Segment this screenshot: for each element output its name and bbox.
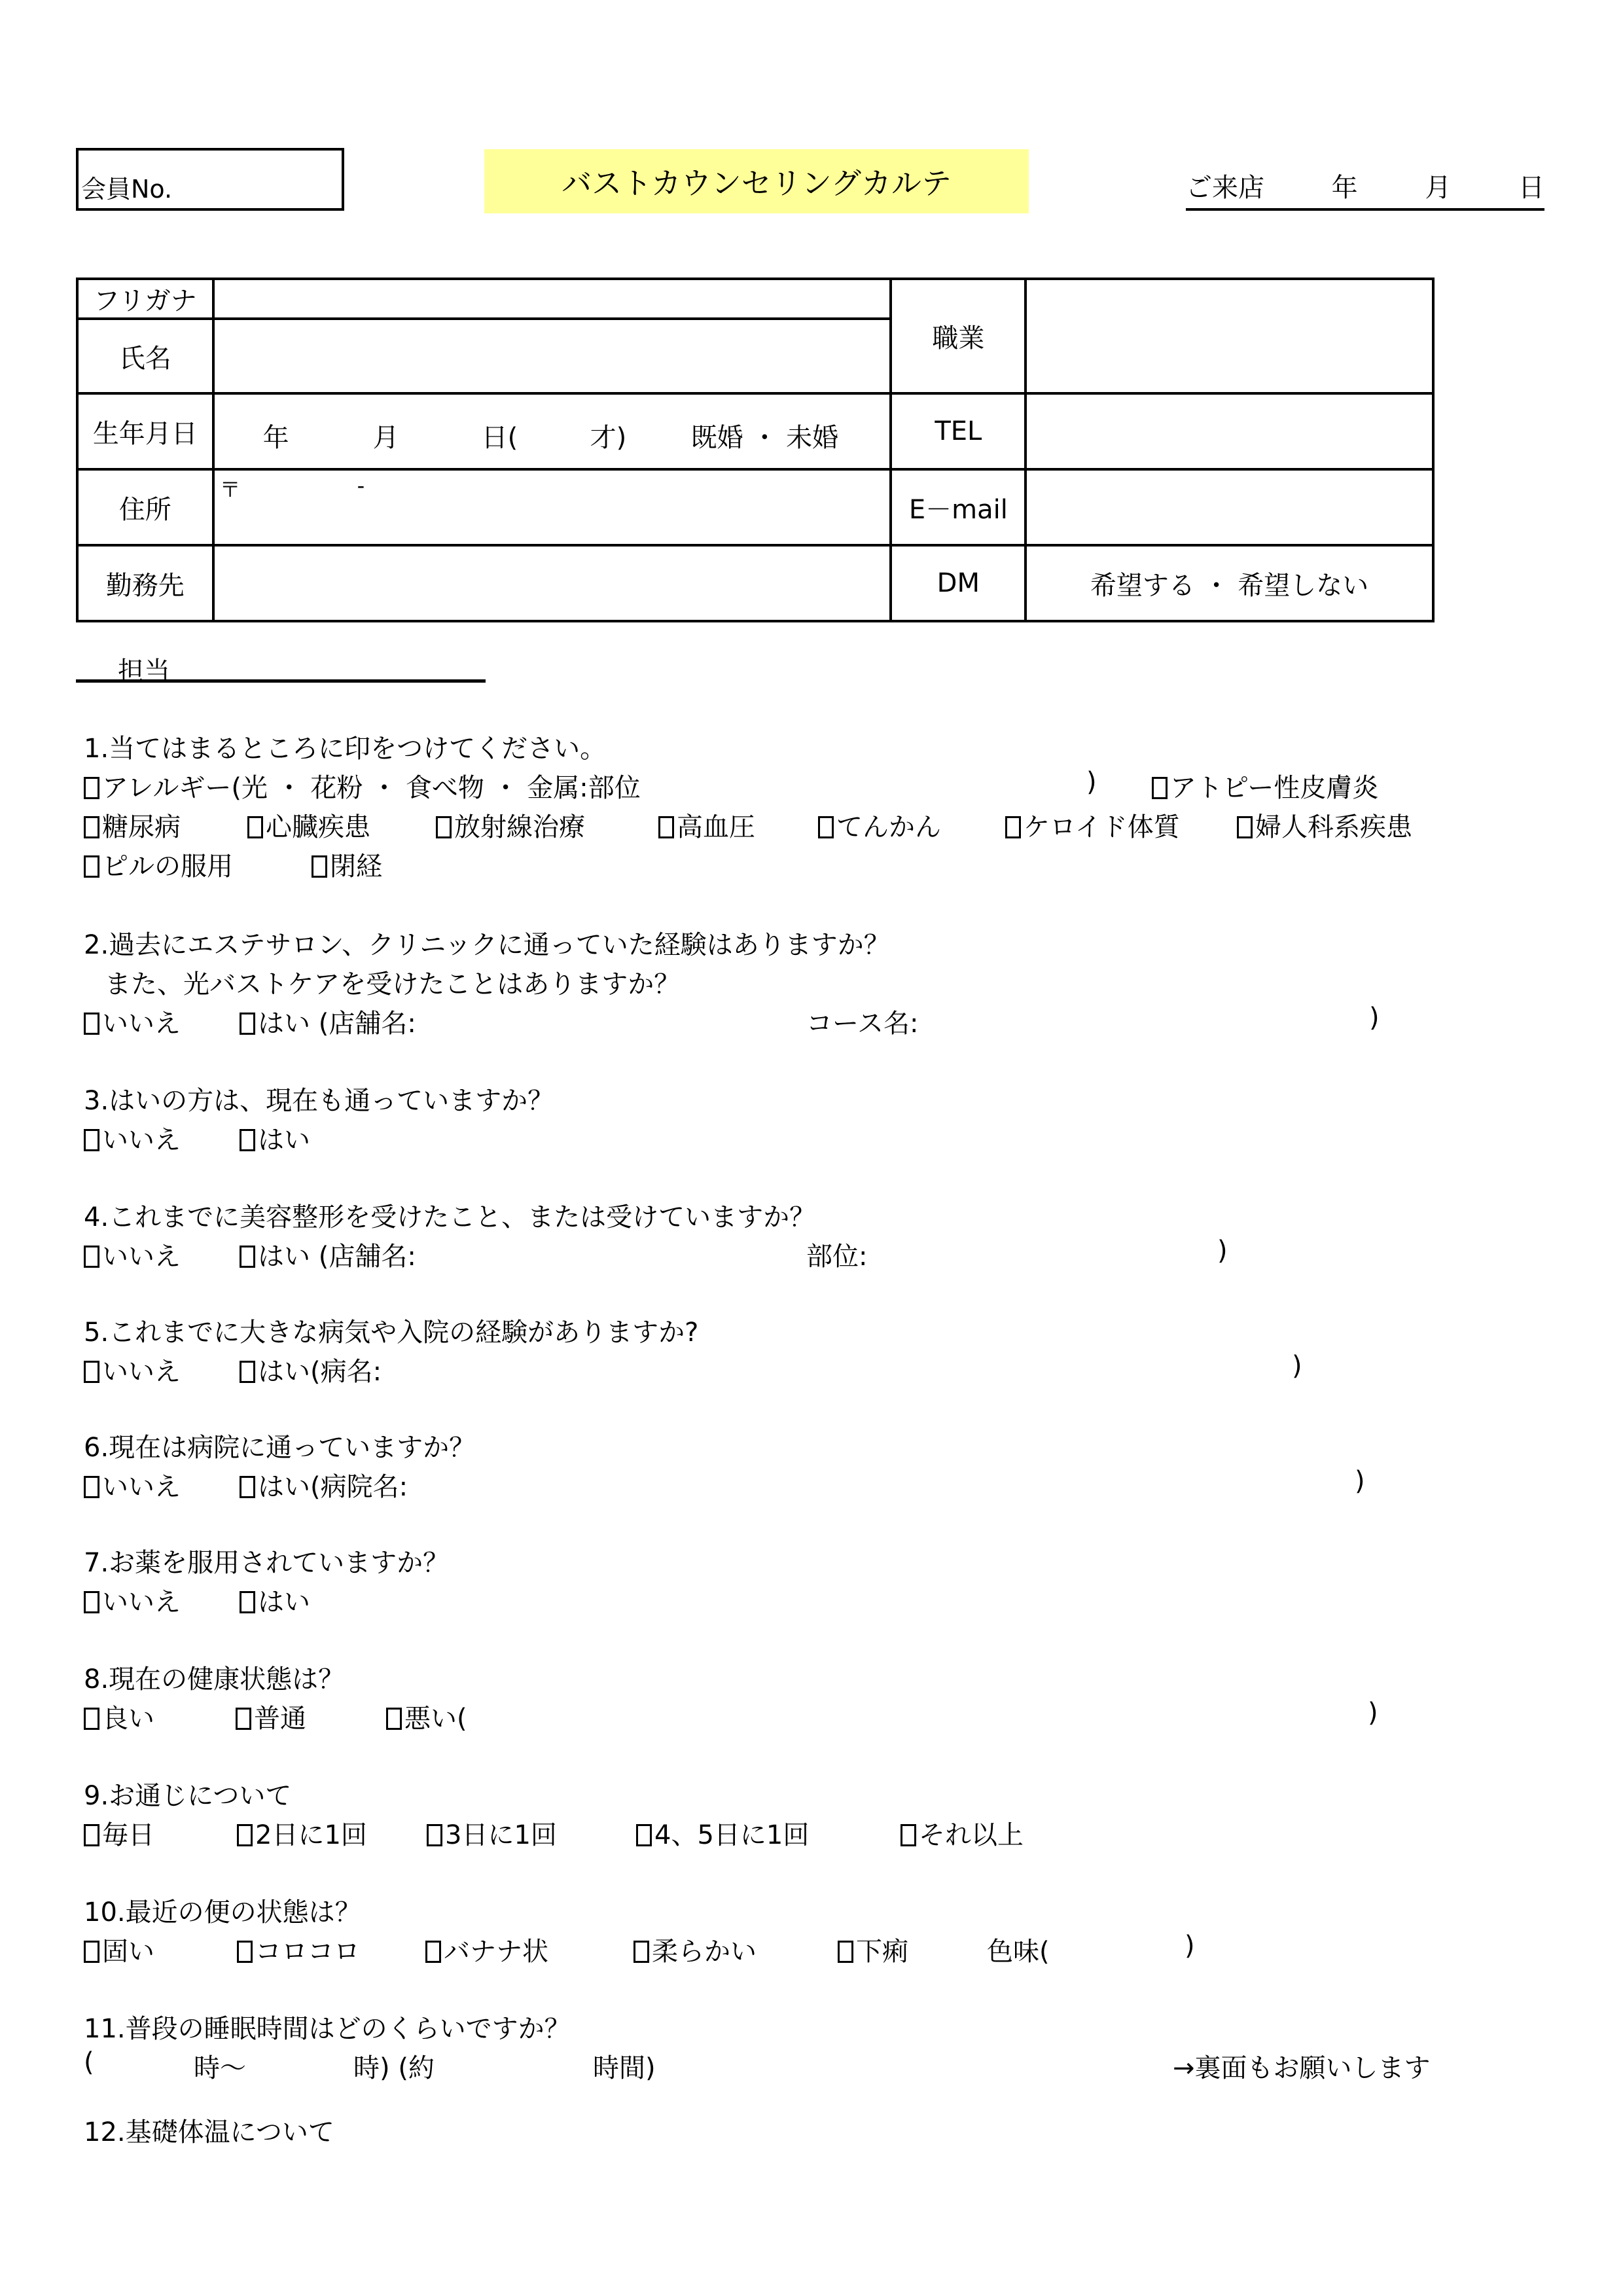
form-title-text: バストカウンセリングカルテ: [562, 160, 952, 203]
question-10-option[interactable]: 柔らかい: [633, 1931, 757, 1968]
question-1-option[interactable]: アトピー性皮膚炎: [1152, 767, 1378, 804]
option-label: 普通: [254, 1704, 306, 1734]
question-11-text: →裏面もお願いします: [1173, 2047, 1431, 2085]
checkbox-icon[interactable]: [1005, 816, 1021, 838]
question-1-option[interactable]: ケロイド体質: [1005, 806, 1180, 844]
question-7-option[interactable]: はい: [240, 1581, 310, 1619]
question-1-option[interactable]: 放射線治療: [436, 806, 585, 844]
question-11-text: 時～: [194, 2047, 246, 2085]
question-6-title: 6.現在は病院に通っていますか？: [84, 1427, 475, 1464]
question-10-option[interactable]: 下痢: [838, 1931, 908, 1968]
checkbox-icon[interactable]: [84, 1941, 99, 1963]
question-1-text: ): [1086, 767, 1097, 797]
question-11-title: 11.普段の睡眠時間はどのくらいですか？: [84, 2008, 571, 2045]
option-label: はい: [258, 1125, 310, 1155]
checkbox-icon[interactable]: [425, 1941, 441, 1963]
address-field[interactable]: 〒 -: [213, 469, 891, 545]
option-label: いいえ: [102, 1587, 181, 1617]
option-label: 柔らかい: [652, 1937, 757, 1967]
question-9-option[interactable]: それ以上: [901, 1814, 1024, 1852]
furigana-field[interactable]: [213, 279, 891, 319]
checkbox-icon[interactable]: [658, 816, 674, 838]
question-8-option[interactable]: 悪い(: [386, 1698, 467, 1735]
checkbox-icon[interactable]: [84, 1246, 99, 1268]
occupation-field[interactable]: [1026, 279, 1433, 393]
staff-field[interactable]: 担当: [76, 652, 486, 683]
checkbox-icon[interactable]: [84, 1824, 99, 1846]
checkbox-icon[interactable]: [240, 1013, 255, 1035]
option-label: ): [1185, 1931, 1195, 1961]
option-label: 閉経: [330, 852, 382, 882]
birthdate-field[interactable]: 年 月 日( 才) 既婚 ・ 未婚: [213, 393, 891, 469]
checkbox-icon[interactable]: [84, 777, 99, 799]
checkbox-icon[interactable]: [427, 1824, 442, 1846]
postal-mark: 〒: [220, 473, 241, 503]
checkbox-icon[interactable]: [240, 1246, 255, 1268]
option-label: アレルギー(光 ・ 花粉 ・ 食べ物 ・ 金属:部位: [102, 773, 641, 803]
option-label: はい(病院名:: [258, 1472, 408, 1502]
question-3-option[interactable]: いいえ: [84, 1119, 181, 1157]
checkbox-icon[interactable]: [386, 1708, 402, 1730]
question-3-option[interactable]: はい: [240, 1119, 310, 1157]
checkbox-icon[interactable]: [633, 1941, 649, 1963]
checkbox-icon[interactable]: [1152, 777, 1168, 799]
question-4-option[interactable]: はい (店舗名:: [240, 1236, 416, 1273]
question-4-option[interactable]: いいえ: [84, 1236, 181, 1273]
checkbox-icon[interactable]: [240, 1361, 255, 1383]
question-10-text: ): [1185, 1931, 1195, 1961]
question-11-text: 時間): [593, 2047, 656, 2085]
question-1-option[interactable]: 婦人科系疾患: [1237, 806, 1412, 844]
birth-month-label: 月: [373, 417, 399, 454]
visit-label: ご来店: [1186, 167, 1264, 204]
checkbox-icon[interactable]: [84, 816, 99, 838]
staff-label: 担当: [118, 651, 170, 688]
option-label: 毎日: [102, 1820, 154, 1850]
checkbox-icon[interactable]: [84, 855, 99, 878]
postal-dash: -: [357, 473, 365, 498]
question-2-text: ): [1369, 1003, 1380, 1033]
option-label: 心臓疾患: [266, 812, 370, 842]
option-label: ): [1368, 1698, 1378, 1728]
question-2-subtitle: また、光バストケアを受けたことはありますか？: [105, 963, 680, 1001]
checkbox-icon[interactable]: [818, 816, 834, 838]
option-label: →裏面もお願いします: [1173, 2053, 1431, 2083]
option-label: はい(病名:: [258, 1357, 382, 1387]
option-label: 高血圧: [677, 812, 755, 842]
option-label: ): [1217, 1236, 1228, 1266]
question-11-text: 時) (約: [353, 2047, 435, 2085]
option-label: 部位:: [806, 1242, 867, 1272]
question-1-option[interactable]: アレルギー(光 ・ 花粉 ・ 食べ物 ・ 金属:部位: [84, 767, 641, 804]
option-label: アトピー性皮膚炎: [1170, 773, 1378, 803]
checkbox-icon[interactable]: [84, 1591, 99, 1613]
question-10-option[interactable]: 固い: [84, 1931, 154, 1968]
checkbox-icon[interactable]: [84, 1129, 99, 1151]
checkbox-icon[interactable]: [84, 1708, 99, 1730]
marital-status-options[interactable]: 既婚 ・ 未婚: [691, 417, 838, 454]
question-9-option[interactable]: 4、5日に1回: [636, 1814, 809, 1852]
option-label: ): [1292, 1351, 1302, 1381]
name-field[interactable]: [213, 319, 891, 393]
option-label: 放射線治療: [454, 812, 585, 842]
option-label: 4、5日に1回: [654, 1820, 809, 1850]
checkbox-icon[interactable]: [1237, 816, 1253, 838]
option-label: ): [1369, 1003, 1380, 1033]
tel-field[interactable]: [1026, 393, 1433, 469]
checkbox-icon[interactable]: [237, 1824, 253, 1846]
question-5-title: 5.これまでに大きな病気や入院の経験がありますか?: [84, 1312, 698, 1349]
question-9-option[interactable]: 3日に1回: [427, 1814, 557, 1852]
option-label: いいえ: [102, 1242, 181, 1272]
option-label: ピルの服用: [102, 852, 233, 882]
dm-label: DM: [891, 545, 1026, 621]
checkbox-icon[interactable]: [312, 855, 327, 878]
dm-options[interactable]: 希望する ・ 希望しない: [1026, 545, 1433, 621]
question-5-text: ): [1292, 1351, 1302, 1381]
question-6-text: ): [1355, 1466, 1365, 1496]
question-2-title: 2.過去にエステサロン、クリニックに通っていた経験はありますか？: [84, 924, 890, 961]
question-3-title: 3.はいの方は、現在も通っていますか？: [84, 1080, 554, 1117]
question-11-text: (: [84, 2047, 94, 2077]
question-1-option[interactable]: 糖尿病: [84, 806, 181, 844]
checkbox-icon[interactable]: [240, 1476, 255, 1498]
furigana-label: フリガナ: [77, 279, 213, 319]
question-12-title: 12.基礎体温について: [84, 2111, 334, 2149]
option-label: いいえ: [102, 1472, 181, 1502]
form-title: バストカウンセリングカルテ: [484, 149, 1029, 213]
birth-day-label: 日(: [482, 417, 518, 454]
question-8-option[interactable]: 良い: [84, 1698, 154, 1735]
checkbox-icon[interactable]: [236, 1708, 251, 1730]
option-label: はい (店舗名:: [258, 1242, 416, 1272]
option-label: いいえ: [102, 1125, 181, 1155]
question-7-option[interactable]: いいえ: [84, 1581, 181, 1619]
question-1-title: 1.当てはまるところに印をつけてください。: [84, 728, 606, 765]
checkbox-icon[interactable]: [84, 1013, 99, 1035]
question-10-text: 色味(: [987, 1931, 1050, 1968]
option-label: バナナ状: [444, 1937, 548, 1967]
option-label: いいえ: [102, 1357, 181, 1387]
question-8-title: 8.現在の健康状態は？: [84, 1659, 344, 1696]
question-6-option[interactable]: いいえ: [84, 1466, 181, 1503]
question-9-title: 9.お通じについて: [84, 1775, 291, 1812]
checkbox-icon[interactable]: [84, 1361, 99, 1383]
question-1-option[interactable]: 高血圧: [658, 806, 755, 844]
age-label: 才): [590, 417, 627, 454]
question-2-text: コース名:: [806, 1003, 918, 1040]
option-label: ): [1086, 767, 1097, 797]
checkbox-icon[interactable]: [237, 1941, 253, 1963]
option-label: 良い: [102, 1704, 154, 1734]
tel-label: TEL: [891, 393, 1026, 469]
option-label: はい: [258, 1587, 310, 1617]
address-label: 住所: [77, 469, 213, 545]
question-9-option[interactable]: 2日に1回: [237, 1814, 367, 1852]
workplace-label: 勤務先: [77, 545, 213, 621]
question-1-option[interactable]: 心臓疾患: [247, 806, 370, 844]
question-10-option[interactable]: コロコロ: [237, 1931, 360, 1968]
email-field[interactable]: [1026, 469, 1433, 545]
option-label: はい (店舗名:: [258, 1009, 416, 1039]
occupation-label: 職業: [891, 279, 1026, 393]
checkbox-icon[interactable]: [84, 1476, 99, 1498]
question-1-option[interactable]: ピルの服用: [84, 846, 233, 883]
question-6-option[interactable]: はい(病院名:: [240, 1466, 408, 1503]
option-label: 固い: [102, 1937, 154, 1967]
question-4-text: 部位:: [806, 1236, 867, 1273]
option-label: 婦人科系疾患: [1255, 812, 1412, 842]
question-2-option[interactable]: はい (店舗名:: [240, 1003, 416, 1040]
option-label: 時) (約: [353, 2053, 435, 2083]
workplace-field[interactable]: [213, 545, 891, 621]
question-7-title: 7.お薬を服用されていますか？: [84, 1542, 449, 1579]
question-5-option[interactable]: はい(病名:: [240, 1351, 382, 1388]
question-5-option[interactable]: いいえ: [84, 1351, 181, 1388]
option-label: 悪い(: [404, 1704, 467, 1734]
question-8-option[interactable]: 普通: [236, 1698, 306, 1735]
checkbox-icon[interactable]: [436, 816, 452, 838]
email-label: E－mail: [891, 469, 1026, 545]
question-1-option[interactable]: 閉経: [312, 846, 382, 883]
option-label: 3日に1回: [445, 1820, 557, 1850]
option-label: (: [84, 2047, 94, 2077]
option-label: 糖尿病: [102, 812, 181, 842]
option-label: 時～: [194, 2053, 246, 2083]
question-2-option[interactable]: いいえ: [84, 1003, 181, 1040]
option-label: 2日に1回: [255, 1820, 367, 1850]
question-9-option[interactable]: 毎日: [84, 1814, 154, 1852]
question-1-option[interactable]: てんかん: [818, 806, 941, 844]
checkbox-icon[interactable]: [636, 1824, 652, 1846]
option-label: 下痢: [856, 1937, 908, 1967]
question-8-text: ): [1368, 1698, 1378, 1728]
question-4-title: 4.これまでに美容整形を受けたこと、または受けていますか？: [84, 1196, 815, 1234]
option-label: 色味(: [987, 1937, 1050, 1967]
question-10-option[interactable]: バナナ状: [425, 1931, 548, 1968]
visit-date[interactable]: ご来店 年 月 日: [1186, 167, 1544, 211]
checkbox-icon[interactable]: [901, 1824, 916, 1846]
visit-year-label: 年: [1332, 167, 1358, 204]
option-label: てんかん: [836, 812, 941, 842]
checkbox-icon[interactable]: [838, 1941, 853, 1963]
name-label: 氏名: [77, 319, 213, 393]
question-10-title: 10.最近の便の状態は？: [84, 1892, 361, 1929]
birthdate-label: 生年月日: [77, 393, 213, 469]
option-label: いいえ: [102, 1009, 181, 1039]
personal-info-table: フリガナ 職業 氏名 生年月日 年 月 日( 才) 既婚 ・ 未婚 TEL 住所…: [76, 278, 1435, 622]
option-label: コロコロ: [255, 1937, 360, 1967]
option-label: 時間): [593, 2053, 656, 2083]
birth-year-label: 年: [263, 417, 289, 454]
visit-month-label: 月: [1425, 167, 1451, 204]
checkbox-icon[interactable]: [240, 1129, 255, 1151]
checkbox-icon[interactable]: [247, 816, 263, 838]
option-label: それ以上: [919, 1820, 1024, 1850]
member-number-label: 会員No.: [81, 169, 172, 205]
option-label: コース名:: [806, 1009, 918, 1039]
question-4-text: ): [1217, 1236, 1228, 1266]
option-label: ケロイド体質: [1024, 812, 1180, 842]
visit-day-label: 日: [1518, 167, 1544, 204]
checkbox-icon[interactable]: [240, 1591, 255, 1613]
option-label: ): [1355, 1466, 1365, 1496]
